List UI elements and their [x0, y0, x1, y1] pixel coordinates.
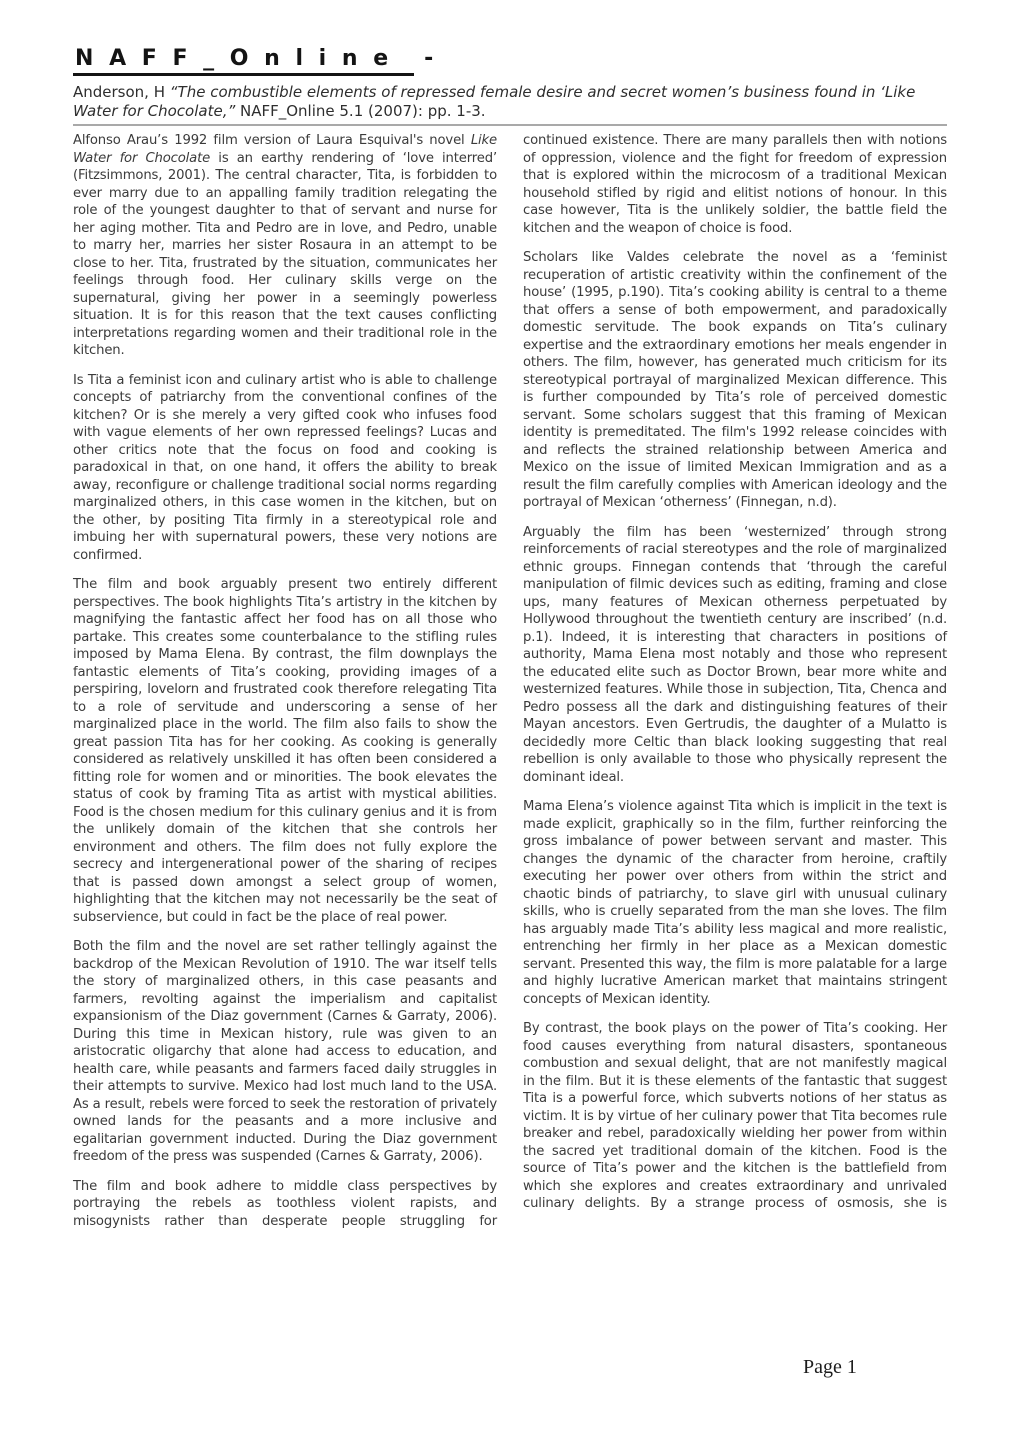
journal-title-text: N A F F _ O n l i n e: [73, 46, 414, 76]
document-page: N A F F _ O n l i n e- Anderson, H “The …: [0, 0, 1020, 1444]
text-segment: NAFF_Online 5.1 (2007): pp. 1-3.: [235, 102, 485, 120]
text-segment: Mama Elena’s violence against Tita which…: [523, 799, 947, 1007]
text-column-left: Alfonso Arau’s 1992 film version of Laur…: [73, 132, 497, 1242]
paragraph: The film and book arguably present two e…: [73, 576, 497, 926]
text-segment: Scholars like Valdes celebrate the novel…: [523, 250, 947, 510]
paragraph: The film and book adhere to middle class…: [73, 1178, 497, 1231]
paragraph: Is Tita a feminist icon and culinary art…: [73, 372, 497, 565]
paragraph: Alfonso Arau’s 1992 film version of Laur…: [73, 132, 497, 360]
page-number: Page 1: [803, 1356, 857, 1379]
italic-text-segment: “The combustible elements of repressed f…: [73, 83, 915, 120]
article-citation: Anderson, H “The combustible elements of…: [73, 83, 947, 120]
text-segment: The film and book adhere to middle class…: [73, 1179, 497, 1229]
text-segment: By contrast, the book plays on the power…: [523, 1021, 947, 1211]
text-segment: Anderson, H: [73, 83, 170, 101]
text-segment: Alfonso Arau’s 1992 film version of Laur…: [73, 133, 471, 148]
document-header: N A F F _ O n l i n e- Anderson, H “The …: [73, 46, 947, 120]
text-segment: is an earthy rendering of ‘love interred…: [73, 151, 497, 359]
article-body: Alfonso Arau’s 1992 film version of Laur…: [73, 132, 947, 1242]
text-segment: continued existence. There are many para…: [523, 133, 947, 236]
section-divider-rule: [73, 124, 947, 126]
paragraph: Scholars like Valdes celebrate the novel…: [523, 249, 947, 512]
text-segment: Arguably the film has been ‘westernized’…: [523, 525, 947, 785]
paragraph: Both the film and the novel are set rath…: [73, 938, 497, 1166]
text-segment: Is Tita a feminist icon and culinary art…: [73, 373, 497, 563]
paragraph: continued existence. There are many para…: [523, 132, 947, 237]
paragraph: By contrast, the book plays on the power…: [523, 1020, 947, 1213]
text-column-right: continued existence. There are many para…: [523, 132, 947, 1242]
text-segment: Both the film and the novel are set rath…: [73, 939, 497, 1164]
journal-title-dash: -: [424, 46, 433, 71]
journal-title: N A F F _ O n l i n e-: [73, 46, 947, 76]
text-segment: The film and book arguably present two e…: [73, 577, 497, 925]
paragraph: Mama Elena’s violence against Tita which…: [523, 798, 947, 1008]
paragraph: Arguably the film has been ‘westernized’…: [523, 524, 947, 787]
